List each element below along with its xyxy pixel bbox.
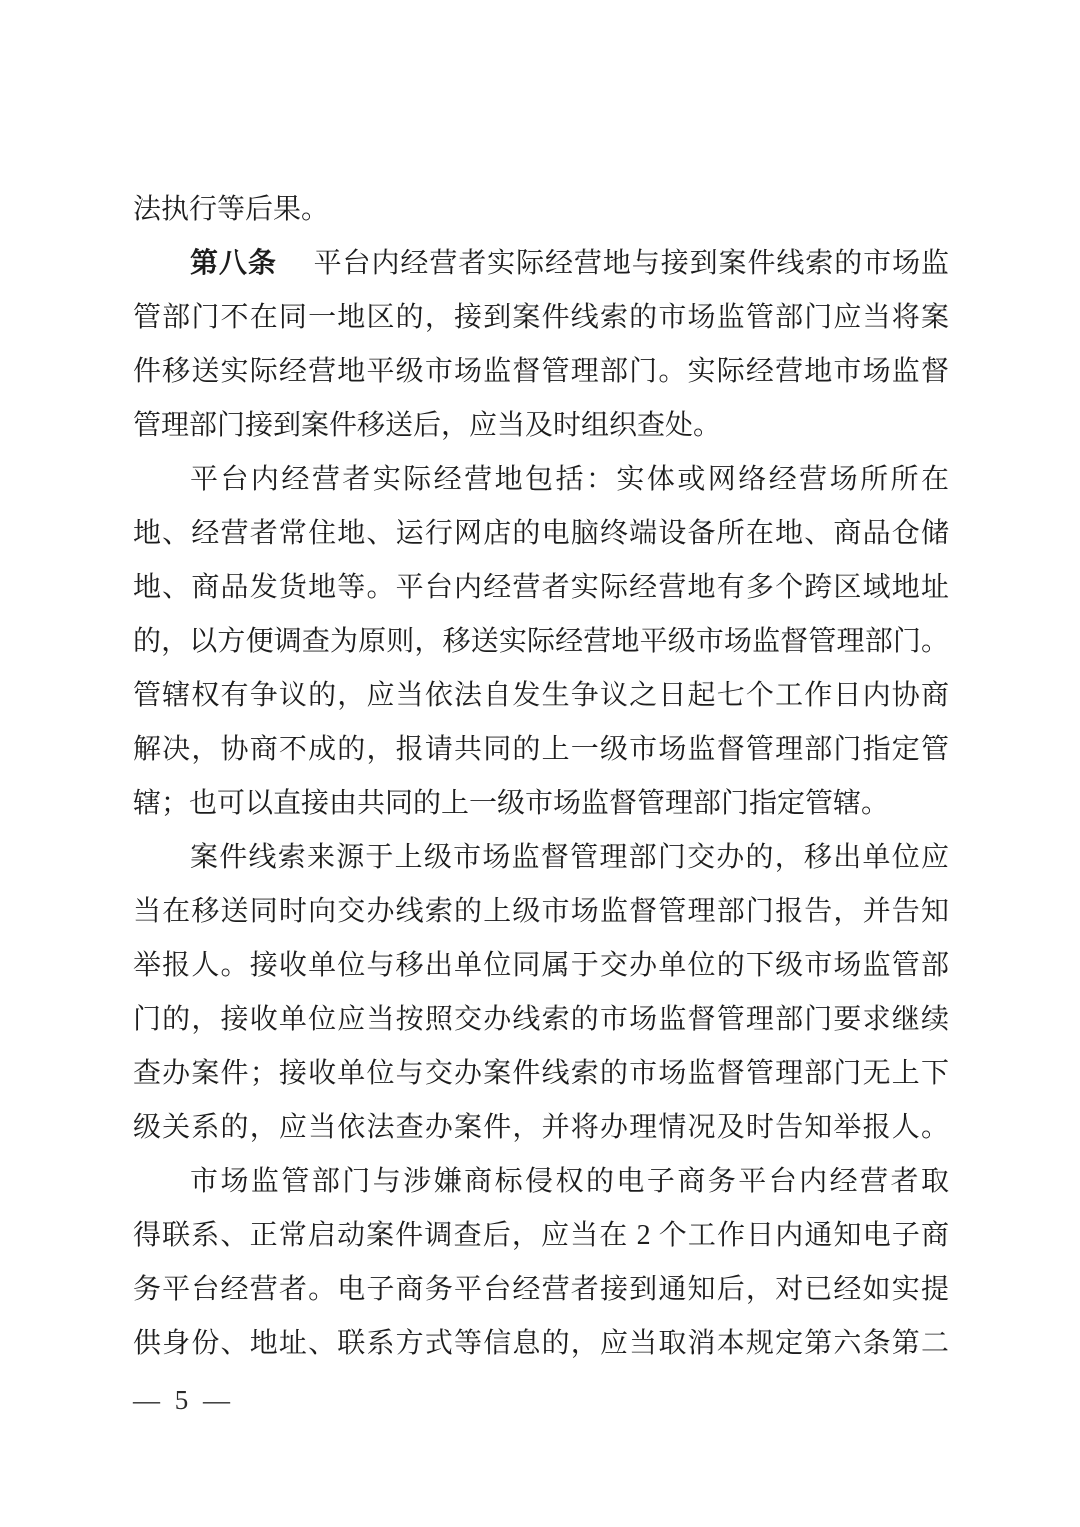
text-line: 解决，协商不成的，报请共同的上一级市场监督管理部门指定管: [133, 723, 949, 777]
body-text: 法执行等后果。 第八条 平台内经营者实际经营地与接到案件线索的市场监 管部门不在…: [133, 183, 949, 1371]
text-line-article-start: 第八条 平台内经营者实际经营地与接到案件线索的市场监: [133, 237, 949, 291]
text-line: 举报人。接收单位与移出单位同属于交办单位的下级市场监管部: [133, 939, 949, 993]
text-line: 级关系的，应当依法查办案件，并将办理情况及时告知举报人。: [133, 1101, 949, 1155]
text-line: 得联系、正常启动案件调查后，应当在 2 个工作日内通知电子商: [133, 1209, 949, 1263]
text-line: 管部门不在同一地区的，接到案件线索的市场监管部门应当将案: [133, 291, 949, 345]
text-line: 的，以方便调查为原则，移送实际经营地平级市场监督管理部门。: [133, 615, 949, 669]
document-page: 法执行等后果。 第八条 平台内经营者实际经营地与接到案件线索的市场监 管部门不在…: [0, 0, 1080, 1527]
text-line: 查办案件；接收单位与交办案件线索的市场监督管理部门无上下: [133, 1047, 949, 1101]
text-line-paragraph-start: 平台内经营者实际经营地包括：实体或网络经营场所所在: [133, 453, 949, 507]
text-line: 辖；也可以直接由共同的上一级市场监督管理部门指定管辖。: [133, 777, 949, 831]
text-line: 务平台经营者。电子商务平台经营者接到通知后，对已经如实提: [133, 1263, 949, 1317]
text-line: 地、商品发货地等。平台内经营者实际经营地有多个跨区域地址: [133, 561, 949, 615]
text-line: 供身份、地址、联系方式等信息的，应当取消本规定第六条第二: [133, 1317, 949, 1371]
page-number: — 5 —: [133, 1378, 234, 1422]
text-line: 管理部门接到案件移送后，应当及时组织查处。: [133, 399, 949, 453]
text-line: 地、经营者常住地、运行网店的电脑终端设备所在地、商品仓储: [133, 507, 949, 561]
text-line-rest: 平台内经营者实际经营地与接到案件线索的市场监: [285, 248, 949, 279]
text-line-paragraph-start: 案件线索来源于上级市场监督管理部门交办的，移出单位应: [133, 831, 949, 885]
text-line-paragraph-start: 市场监管部门与涉嫌商标侵权的电子商务平台内经营者取: [133, 1155, 949, 1209]
text-line: 件移送实际经营地平级市场监督管理部门。实际经营地市场监督: [133, 345, 949, 399]
text-line: 当在移送同时向交办线索的上级市场监督管理部门报告，并告知: [133, 885, 949, 939]
text-line: 管辖权有争议的，应当依法自发生争议之日起七个工作日内协商: [133, 669, 949, 723]
text-line: 法执行等后果。: [133, 183, 949, 237]
article-number: 第八条: [190, 248, 285, 279]
text-line: 门的，接收单位应当按照交办线索的市场监督管理部门要求继续: [133, 993, 949, 1047]
